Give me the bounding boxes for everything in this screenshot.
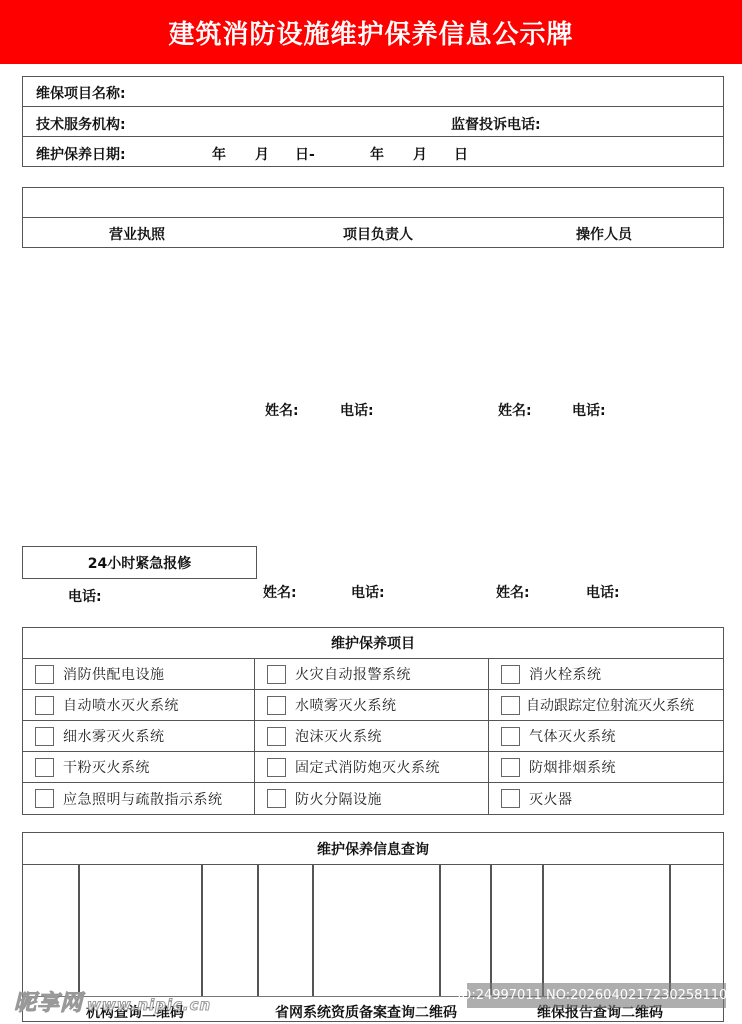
item-fire-alarm-system[interactable]: 火灾自动报警系统 [255,659,489,689]
manager-name-label: 姓名: [265,400,299,420]
emergency-name-label-1: 姓名: [263,582,297,602]
service-org-label: 技术服务机构: [36,114,126,134]
checkbox[interactable] [267,665,286,684]
project-name-label: 维保项目名称: [36,83,126,103]
emergency-phone-label-1: 电话: [351,582,385,602]
column-divider [669,865,671,996]
project-info-table: 维保项目名称: 技术服务机构: 监督投诉电话: 维护保养日期: 年 月 日- 年… [22,76,724,167]
item-fire-separation[interactable]: 防火分隔设施 [255,783,489,814]
date-year-end: 年 [370,144,384,164]
emergency-phone-label-2: 电话: [586,582,620,602]
column-divider [201,865,203,996]
checkbox[interactable] [35,665,54,684]
page-title: 建筑消防设施维护保养信息公示牌 [168,14,573,51]
item-water-spray-system[interactable]: 水喷雾灭火系统 [255,690,489,720]
item-foam-system[interactable]: 泡沫灭火系统 [255,721,489,751]
emergency-phone-label: 电话: [68,586,102,606]
checkbox[interactable] [35,727,54,746]
emergency-repair-box: 24小时紧急报修 [22,546,257,579]
id-watermark: ID:24997011 NO:20260402172302581101 [467,983,726,1008]
checkbox[interactable] [267,789,286,808]
item-fire-power-supply[interactable]: 消防供配电设施 [23,659,255,689]
operator-name-label: 姓名: [498,400,532,420]
checkbox[interactable] [501,696,520,715]
checkbox[interactable] [501,727,520,746]
header-banner: 建筑消防设施维护保养信息公示牌 [0,0,742,64]
item-emergency-lighting[interactable]: 应急照明与疏散指示系统 [23,783,255,814]
items-row: 应急照明与疏散指示系统 防火分隔设施 灭火器 [23,783,723,814]
maintenance-date-row: 维护保养日期: 年 月 日- 年 月 日 [23,137,723,167]
checkbox[interactable] [35,696,54,715]
checkbox[interactable] [35,758,54,777]
date-year-start: 年 [212,144,226,164]
date-day-start: 日- [295,144,315,164]
item-sprinkler-system[interactable]: 自动喷水灭火系统 [23,690,255,720]
item-water-mist-system[interactable]: 细水雾灭火系统 [23,721,255,751]
checkbox[interactable] [267,727,286,746]
column-divider [542,865,544,996]
checkbox[interactable] [501,758,520,777]
column-divider [490,865,492,996]
date-month-end: 月 [413,144,427,164]
maintenance-items-table: 维护保养项目 消防供配电设施 火灾自动报警系统 消火栓系统 自动喷水灭火系统 水… [22,627,724,815]
personnel-table: 营业执照 项目负责人 操作人员 [22,187,724,248]
manager-phone-label: 电话: [340,400,374,420]
emergency-name-label-2: 姓名: [496,582,530,602]
items-row: 自动喷水灭火系统 水喷雾灭火系统 自动跟踪定位射流灭火系统 [23,690,723,721]
qr-code-area [23,865,723,996]
emergency-repair-title: 24小时紧急报修 [88,553,191,573]
site-watermark: 昵享网www.nipic.cn [14,986,211,1017]
project-name-row: 维保项目名称: [23,77,723,107]
item-dry-powder-system[interactable]: 干粉灭火系统 [23,752,255,782]
items-row: 干粉灭火系统 固定式消防炮灭火系统 防烟排烟系统 [23,752,723,783]
column-divider [257,865,259,996]
maintenance-items-title: 维护保养项目 [23,628,723,659]
maintenance-date-label: 维护保养日期: [36,144,126,164]
item-hydrant-system[interactable]: 消火栓系统 [489,659,723,689]
item-auto-tracking-jet-system[interactable]: 自动跟踪定位射流灭火系统 [489,690,723,720]
checkbox[interactable] [501,789,520,808]
item-fire-extinguisher[interactable]: 灭火器 [489,783,723,814]
date-month-start: 月 [255,144,269,164]
column-divider [439,865,441,996]
personnel-blank-row [23,188,723,218]
checkbox[interactable] [267,758,286,777]
date-day-end: 日 [454,144,468,164]
operator-phone-label: 电话: [572,400,606,420]
project-manager-header: 项目负责人 [343,224,413,244]
checkbox[interactable] [35,789,54,808]
maintenance-query-title: 维护保养信息查询 [23,833,723,865]
item-fixed-monitor-system[interactable]: 固定式消防炮灭火系统 [255,752,489,782]
item-gas-system[interactable]: 气体灭火系统 [489,721,723,751]
provincial-qr-label: 省网系统资质备案查询二维码 [275,1002,457,1022]
complaint-phone-label: 监督投诉电话: [451,114,541,134]
business-license-header: 营业执照 [109,224,165,244]
personnel-header-row: 营业执照 项目负责人 操作人员 [23,218,723,248]
item-smoke-control-system[interactable]: 防烟排烟系统 [489,752,723,782]
service-org-row: 技术服务机构: 监督投诉电话: [23,107,723,137]
operator-header: 操作人员 [576,224,632,244]
column-divider [312,865,314,996]
checkbox[interactable] [501,665,520,684]
items-row: 消防供配电设施 火灾自动报警系统 消火栓系统 [23,659,723,690]
column-divider [78,865,80,996]
checkbox[interactable] [267,696,286,715]
items-row: 细水雾灭火系统 泡沫灭火系统 气体灭火系统 [23,721,723,752]
